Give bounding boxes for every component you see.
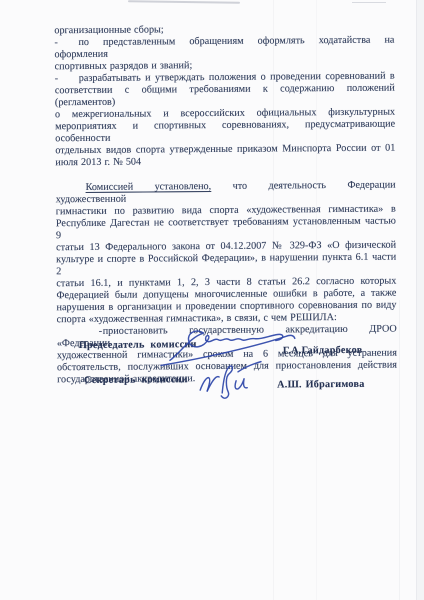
text-line: мероприятиях и спортивных соревнованиях,… <box>55 119 395 146</box>
text-line: июля 2013 г. № 504 <box>55 155 395 170</box>
list-dash: - <box>55 73 79 85</box>
text-line: -по представленным обращениям оформлять … <box>54 35 394 62</box>
paragraph-duties: организационные сборы; -по представленны… <box>54 23 395 170</box>
text-line-content: по представленным обращениям оформлять х… <box>54 35 394 61</box>
secretary-signature-image <box>194 360 264 405</box>
text-line: соответствии с общими требованиями к сод… <box>55 83 395 110</box>
paragraph-commission-findings: Комиссией установлено, что деятельность … <box>56 180 397 327</box>
underlined-phrase: Комиссией установлено, <box>86 181 212 193</box>
list-dash: - <box>78 326 103 338</box>
document-content: организационные сборы; -по представленны… <box>0 0 424 600</box>
secretary-title: Секретарь комиссии <box>84 374 188 386</box>
text-line: культуре и спорте в Российской Федерации… <box>56 252 396 279</box>
secretary-name: А.Ш. Ибрагимова <box>277 379 365 391</box>
chairman-name: Г.А.Гайдарбеков <box>283 345 363 357</box>
text-line: Республике Дагестан не соответствует тре… <box>56 216 396 243</box>
list-dash: - <box>54 37 78 49</box>
document-page: организационные сборы; -по представленны… <box>0 0 424 600</box>
text-line: Комиссией установлено, что деятельность … <box>56 180 396 207</box>
